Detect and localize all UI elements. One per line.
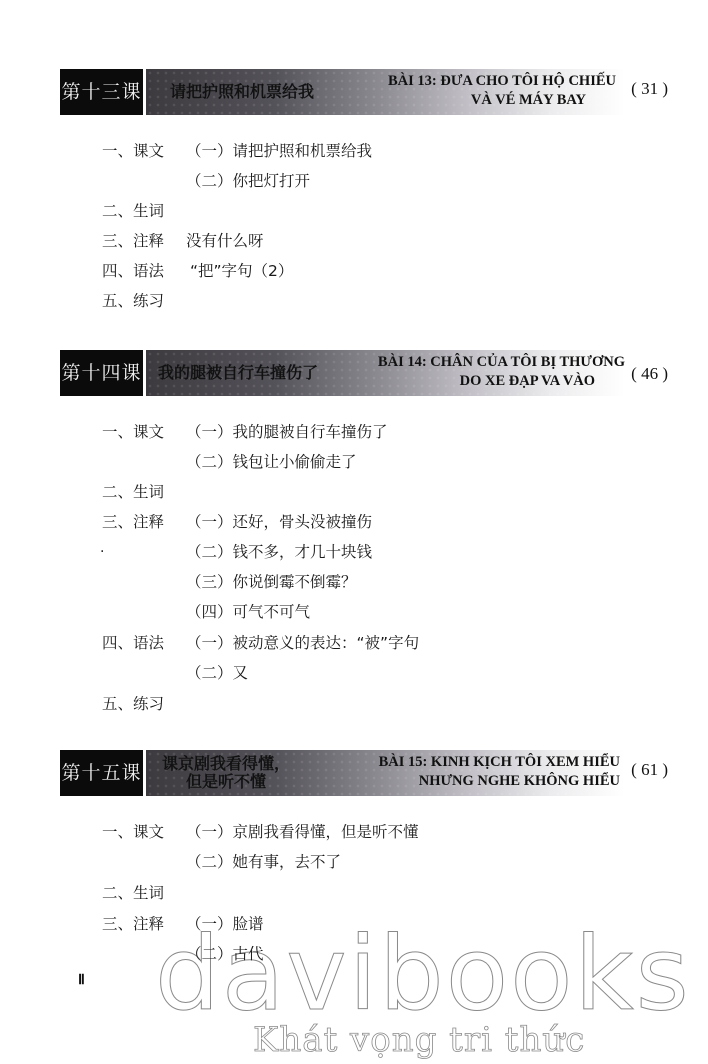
lesson-title-zh: 课京剧我看得懂， 但是听不懂 — [162, 750, 290, 796]
entry-marker: （一） — [186, 423, 233, 441]
entry-text: 还好，骨头没被撞伤 — [233, 513, 373, 531]
title-zh-line: 请把护照和机票给我 — [170, 83, 314, 101]
section-label[interactable]: 五、练习 — [102, 694, 164, 714]
entry-text: 钱不多，才几十块钱 — [233, 543, 373, 561]
toc-entry[interactable]: （一）被动意义的表达：“被”字句 — [186, 633, 419, 653]
toc-entry[interactable]: （一）请把护照和机票给我 — [186, 141, 372, 161]
lesson-page-number: ( 46 ) — [631, 350, 668, 396]
entry-marker: （二） — [186, 945, 233, 963]
entry-marker: （二） — [186, 453, 233, 471]
entry-marker: （二） — [186, 853, 233, 871]
lesson-title-vi: BÀI 13: ĐƯA CHO TÔI HỘ CHIẾU VÀ VÉ MÁY B… — [388, 72, 616, 110]
entry-marker: （一） — [186, 513, 233, 531]
title-vi-line-1: BÀI 13: ĐƯA CHO TÔI HỘ CHIẾU — [388, 72, 616, 91]
toc-entry[interactable]: （一）我的腿被自行车撞伤了 — [186, 422, 388, 442]
toc-entry[interactable]: （二）她有事，去不了 — [186, 852, 341, 872]
section-label[interactable]: 五、练习 — [102, 291, 164, 311]
section-label: 四、语法 — [102, 261, 164, 281]
title-vi-line-2: VÀ VÉ MÁY BAY — [388, 91, 616, 110]
entry-text: 你把灯打开 — [233, 172, 311, 190]
entry-marker: （一） — [186, 142, 233, 160]
entry-marker: （一） — [186, 634, 233, 652]
entry-marker: （四） — [186, 603, 233, 621]
entry-text: 被动意义的表达：“被”字句 — [233, 634, 420, 652]
lesson-title-zh: 我的腿被自行车撞伤了 — [158, 350, 318, 396]
toc-entry[interactable]: （一）还好，骨头没被撞伤 — [186, 512, 372, 532]
toc-entry[interactable]: 没有什么呀 — [186, 231, 264, 251]
entry-text: 她有事，去不了 — [233, 853, 342, 871]
title-zh-line-1: 课京剧我看得懂， — [162, 755, 290, 773]
toc-entry[interactable]: （三）你说倒霉不倒霉？ — [186, 572, 357, 592]
title-vi-line-2: DO XE ĐẠP VA VÀO — [378, 372, 625, 391]
section-label: 四、语法 — [102, 633, 164, 653]
lesson-15-header: 第十五课 课京剧我看得懂， 但是听不懂 BÀI 15: KINH KỊCH TÔ… — [60, 750, 708, 796]
stray-dot: · — [100, 542, 104, 562]
section-label[interactable]: 二、生词 — [102, 883, 164, 903]
entry-text: 没有什么呀 — [186, 232, 264, 250]
entry-text: 请把护照和机票给我 — [233, 142, 373, 160]
section-label: 一、课文 — [102, 822, 164, 842]
entry-text: “把”字句（2） — [190, 262, 293, 280]
toc-entry[interactable]: （二）又 — [186, 663, 248, 683]
entry-text: 我的腿被自行车撞伤了 — [233, 423, 388, 441]
entry-text: 京剧我看得懂，但是听不懂 — [233, 823, 419, 841]
section-label[interactable]: 二、生词 — [102, 201, 164, 221]
entry-marker: （二） — [186, 543, 233, 561]
lesson-13-header: 第十三课 请把护照和机票给我 BÀI 13: ĐƯA CHO TÔI HỘ CH… — [60, 69, 708, 115]
title-vi-line-1: BÀI 14: CHÂN CỦA TÔI BỊ THƯƠNG — [378, 353, 625, 372]
lesson-14-header: 第十四课 我的腿被自行车撞伤了 BÀI 14: CHÂN CỦA TÔI BỊ … — [60, 350, 708, 396]
watermark-slogan: Khát vọng tri thức — [253, 1022, 585, 1058]
entry-text: 可气不可气 — [233, 603, 311, 621]
title-vi-line-2: NHƯNG NGHE KHÔNG HIỂU — [379, 772, 620, 791]
entry-text: 又 — [233, 664, 249, 682]
lesson-page-number: ( 31 ) — [631, 69, 668, 115]
entry-marker: （一） — [186, 823, 233, 841]
toc-entry[interactable]: （二）钱不多，才几十块钱 — [186, 542, 372, 562]
lesson-number: 第十五课 — [60, 750, 143, 796]
section-label: 三、注释 — [102, 231, 164, 251]
entry-marker: （三） — [186, 573, 233, 591]
title-zh-line-2: 但是听不懂 — [162, 773, 290, 791]
section-label[interactable]: 二、生词 — [102, 482, 164, 502]
section-label: 一、课文 — [102, 422, 164, 442]
lesson-page-number: ( 61 ) — [631, 750, 668, 796]
title-zh-line: 我的腿被自行车撞伤了 — [158, 364, 318, 382]
lesson-title-vi: BÀI 14: CHÂN CỦA TÔI BỊ THƯƠNG DO XE ĐẠP… — [378, 353, 625, 391]
title-vi-line-1: BÀI 15: KINH KỊCH TÔI XEM HIỂU — [379, 753, 620, 772]
section-label: 一、课文 — [102, 141, 164, 161]
watermark-brand: davibooks — [155, 925, 691, 1025]
lesson-title-vi: BÀI 15: KINH KỊCH TÔI XEM HIỂU NHƯNG NGH… — [379, 753, 620, 791]
toc-entry[interactable]: “把”字句（2） — [190, 261, 293, 281]
lesson-title-zh: 请把护照和机票给我 — [170, 69, 314, 115]
entry-text: 钱包让小偷偷走了 — [233, 453, 357, 471]
toc-entry[interactable]: （二）钱包让小偷偷走了 — [186, 452, 357, 472]
section-label: 三、注释 — [102, 512, 164, 532]
lesson-number: 第十三课 — [60, 69, 143, 115]
entry-text: 你说倒霉不倒霉？ — [233, 573, 357, 591]
entry-marker: （二） — [186, 664, 233, 682]
page-number: Ⅱ — [78, 972, 85, 989]
entry-text: 古代 — [233, 945, 264, 963]
toc-entry[interactable]: （二）古代 — [186, 944, 264, 964]
lesson-number: 第十四课 — [60, 350, 143, 396]
toc-entry[interactable]: （二）你把灯打开 — [186, 171, 310, 191]
toc-entry[interactable]: （四）可气不可气 — [186, 602, 310, 622]
entry-marker: （二） — [186, 172, 233, 190]
toc-entry[interactable]: （一）京剧我看得懂，但是听不懂 — [186, 822, 419, 842]
